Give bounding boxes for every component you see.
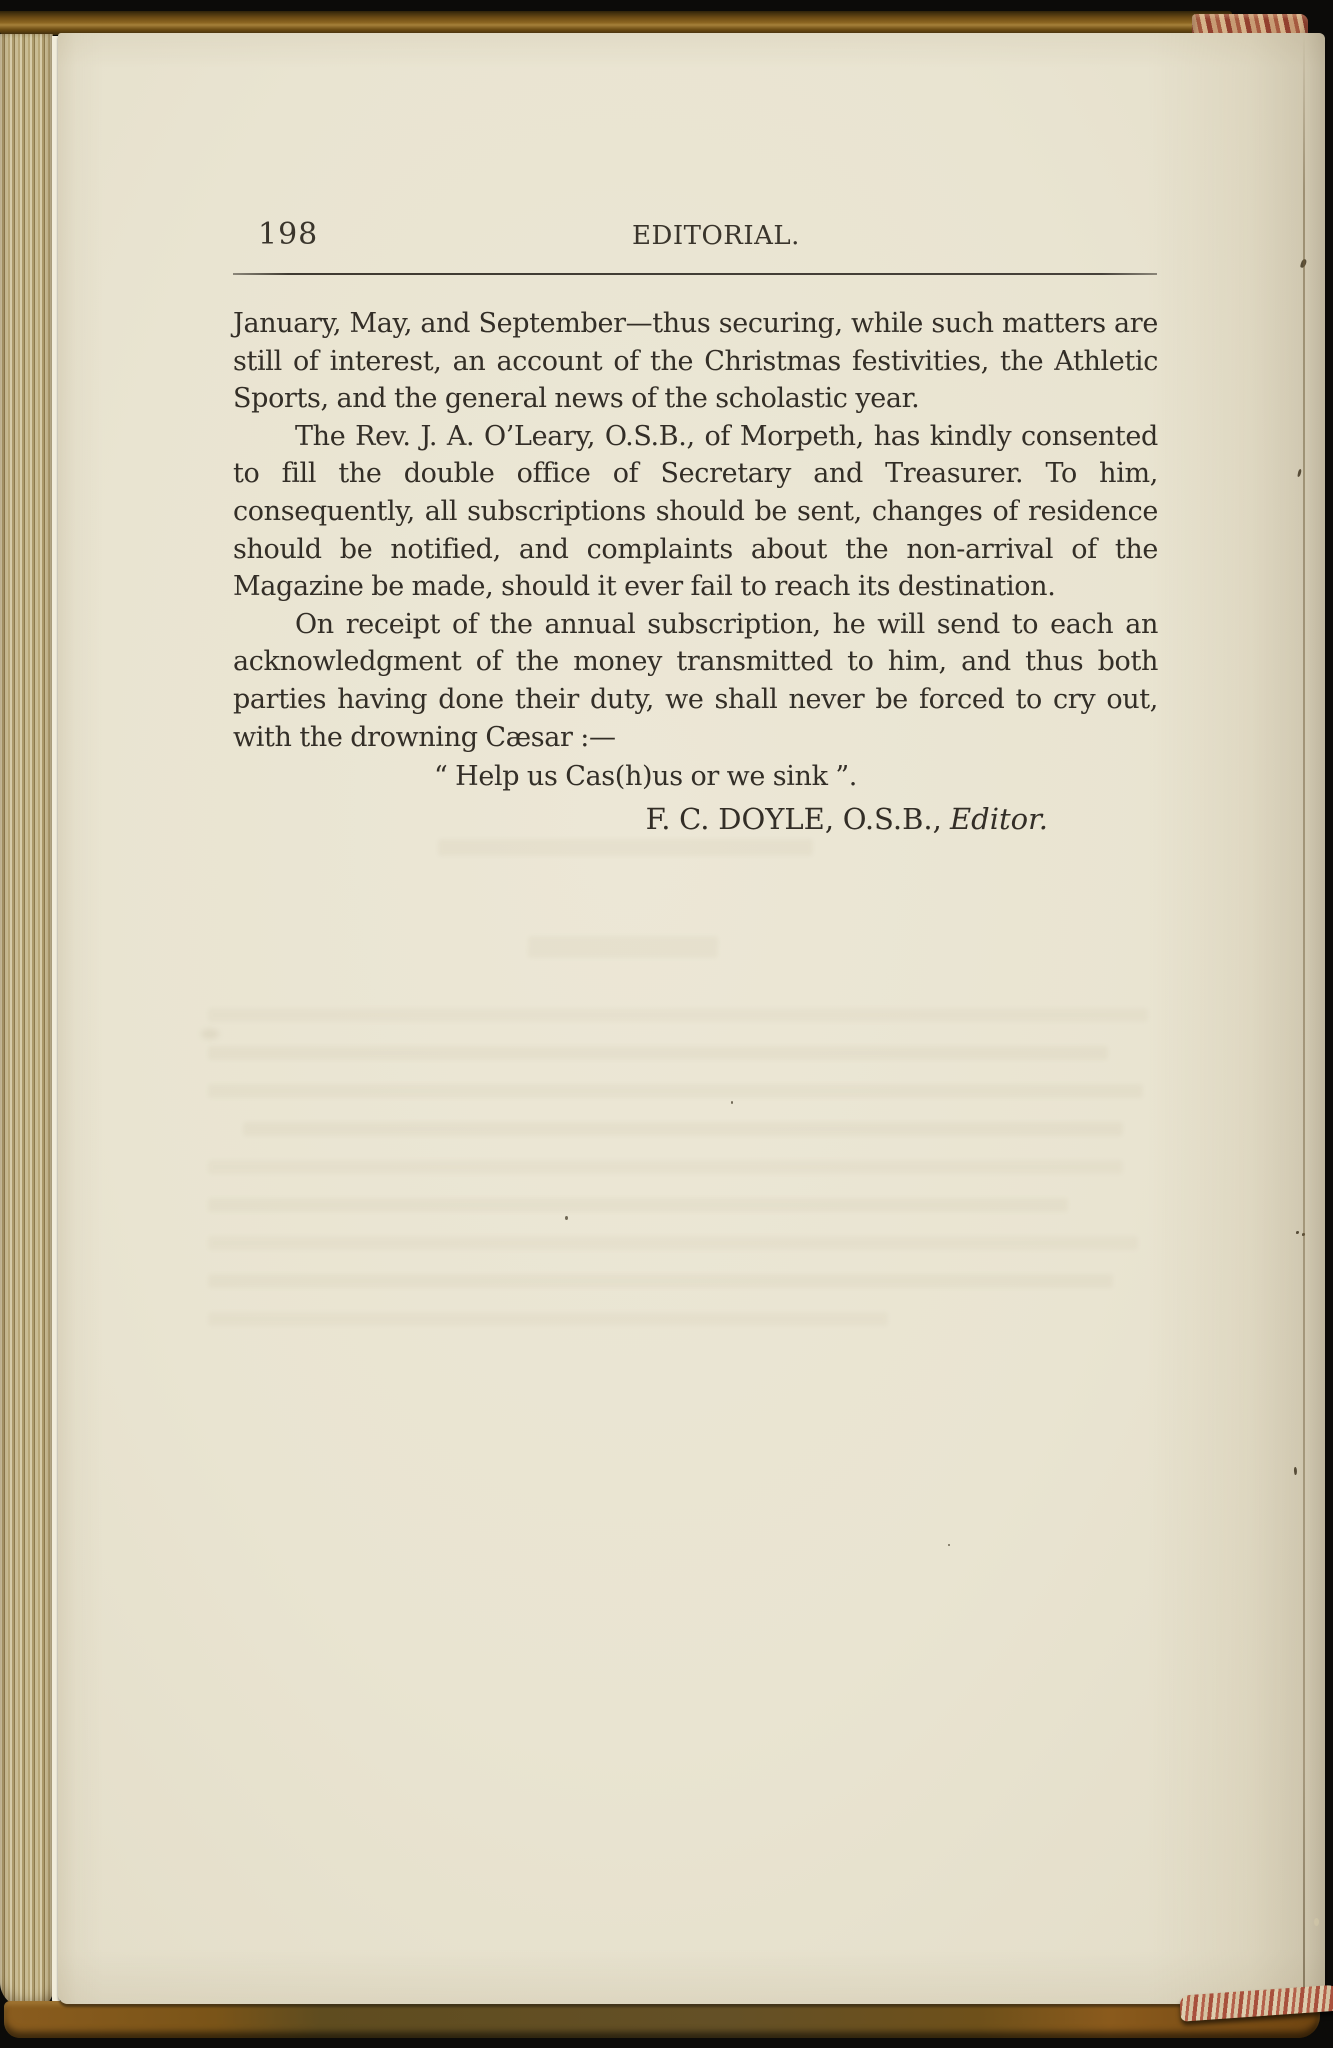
header-rule	[233, 273, 1157, 275]
page-number: 198	[258, 217, 318, 252]
book-cover-bottom-edge	[4, 2001, 1320, 2038]
paper-speck	[1314, 1918, 1319, 1926]
bleed-through-smudge	[208, 1274, 1113, 1288]
quote-line: “ Help us Cas(h)us or we sink ”.	[233, 758, 1158, 796]
bleed-through-smudge	[208, 1084, 1143, 1098]
paper-smudge	[201, 1029, 219, 1039]
editorial-body: January, May, and September—thus securin…	[233, 305, 1158, 838]
bleed-through-smudge	[438, 839, 813, 856]
book-scan-photo: 198 EDITORIAL. January, May, and Septemb…	[0, 0, 1333, 2048]
running-header: EDITORIAL.	[632, 221, 800, 251]
paragraph: The Rev. J. A. O’Leary, O.S.B., of Morpe…	[233, 418, 1158, 606]
signature-role: Editor.	[950, 802, 1048, 836]
paper-speck	[565, 1216, 568, 1220]
paragraph: January, May, and September—thus securin…	[233, 305, 1158, 418]
bleed-through-smudge	[208, 1160, 1123, 1174]
gutter-crease	[1303, 33, 1305, 2004]
margin-mark	[1296, 1231, 1299, 1234]
paper-speck	[731, 1101, 733, 1104]
book-page: 198 EDITORIAL. January, May, and Septemb…	[58, 33, 1325, 2004]
margin-mark	[1297, 469, 1301, 477]
paragraph: On receipt of the annual subscription, h…	[233, 606, 1158, 756]
bleed-through-smudge	[528, 936, 718, 958]
signature-line: F. C. DOYLE, O.S.B.,Editor.	[233, 801, 1158, 839]
signature-name: F. C. DOYLE, O.S.B.,	[646, 802, 942, 836]
bleed-through-smudge	[208, 1008, 1148, 1022]
paper-speck	[948, 1544, 950, 1546]
bleed-through-smudge	[208, 1236, 1138, 1250]
book-cover-top-edge	[0, 11, 1232, 35]
page-stack-fore-edge	[0, 34, 53, 2008]
bleed-through-smudge	[243, 1122, 1123, 1136]
bleed-through-smudge	[208, 1312, 888, 1326]
bleed-through-smudge	[208, 1198, 1068, 1212]
margin-mark	[1293, 1467, 1297, 1475]
bleed-through-smudge	[208, 1046, 1108, 1060]
